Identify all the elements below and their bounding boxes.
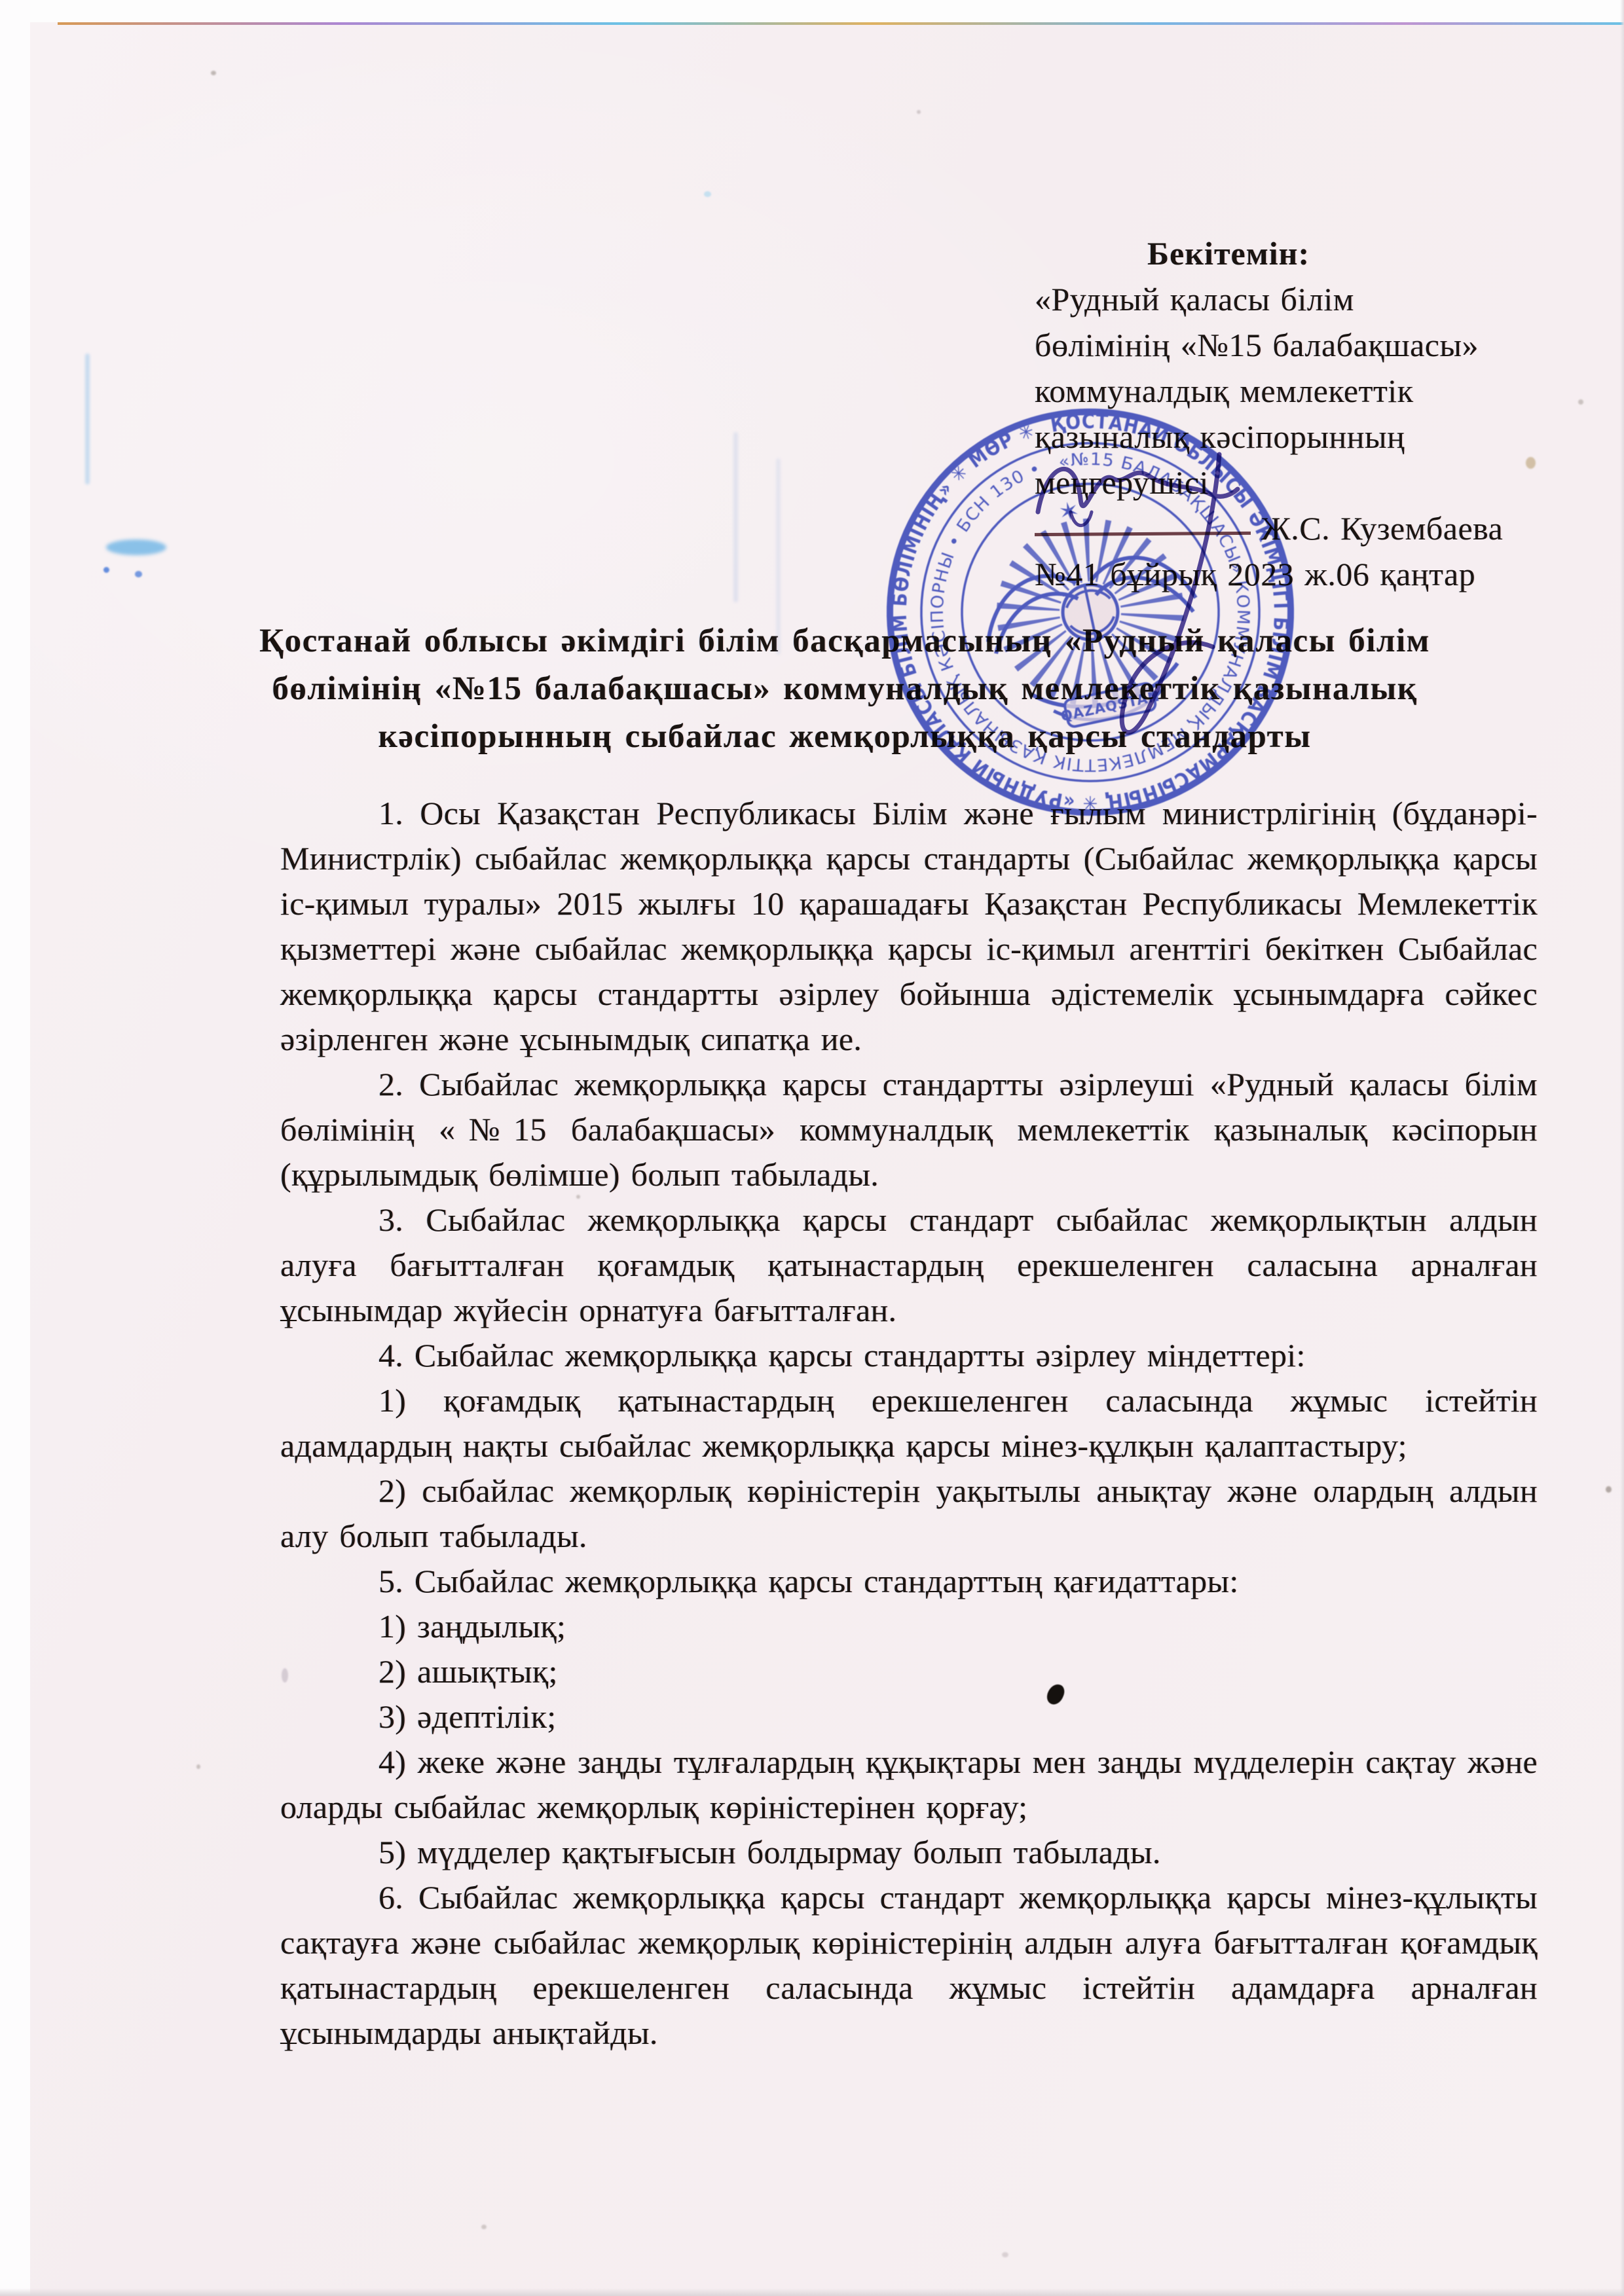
scanner-left-edge <box>0 0 30 2296</box>
approval-heading: Бекітемін: <box>1035 230 1572 276</box>
scan-artifact-blue-smudge <box>106 539 166 555</box>
scanned-document-page: Бекітемін: «Рудный қаласы білім бөліміні… <box>0 0 1624 2296</box>
document-body: 1. Осы Қазақстан Республикасы Білім және… <box>280 791 1538 2056</box>
paragraph-3: 3. Сыбайлас жемқорлыққа қарсы стандарт с… <box>280 1197 1538 1333</box>
paragraph-7: 5. Сыбайлас жемқорлыққа қарсы стандартты… <box>280 1559 1538 1604</box>
scan-artifact-blue-dot-2 <box>135 571 142 577</box>
scan-artifact-speck-7 <box>196 1764 200 1769</box>
scanner-right-edge <box>1620 0 1624 2296</box>
scan-artifact-blue-streak <box>85 354 90 484</box>
approval-org-line-2: бөлімінің «№15 балабақшасы» <box>1035 322 1572 368</box>
paragraph-6: 2) сыбайлас жемқорлық көріністерін уақыт… <box>280 1468 1538 1559</box>
scan-artifact-speck-9 <box>1002 2252 1008 2257</box>
scanner-bottom-edge <box>0 2288 1624 2296</box>
paragraph-9: 2) ашықтық; <box>280 1649 1538 1694</box>
paragraph-13: 6. Сыбайлас жемқорлыққа қарсы стандарт ж… <box>280 1875 1538 2056</box>
scan-artifact-speck-6 <box>1606 1486 1612 1493</box>
scan-artifact-color-line <box>58 22 1624 25</box>
scan-artifact-speck-2 <box>1578 399 1583 405</box>
paragraph-4: 4. Сыбайлас жемқорлыққа қарсы стандартты… <box>280 1333 1538 1378</box>
paragraph-12: 5) мүдделер қақтығысын болдырмау болып т… <box>280 1830 1538 1875</box>
scanner-top-edge <box>0 0 1624 22</box>
paragraph-5: 1) қоғамдық қатынастардың ерекшеленген с… <box>280 1378 1538 1468</box>
scan-artifact-speck-10 <box>481 2225 487 2229</box>
paragraph-1: 1. Осы Қазақстан Республикасы Білім және… <box>280 791 1538 1062</box>
scan-artifact-speck-3 <box>211 71 216 75</box>
approval-org-line-1: «Рудный қаласы білім <box>1035 276 1572 322</box>
scan-artifact-speck-8 <box>917 110 921 114</box>
paragraph-10: 3) әдептілік; <box>280 1694 1538 1740</box>
scan-artifact-toner-streak-1 <box>733 432 738 602</box>
paragraph-2: 2. Сыбайлас жемқорлыққа қарсы стандартты… <box>280 1062 1538 1197</box>
scan-artifact-blue-dot-1 <box>103 567 109 573</box>
paragraph-8: 1) заңдылық; <box>280 1604 1538 1649</box>
scan-artifact-speck-4 <box>704 191 711 197</box>
signature-ink <box>1008 412 1336 779</box>
paragraph-11: 4) жеке және заңды тұлғалардың құқықтары… <box>280 1740 1538 1830</box>
